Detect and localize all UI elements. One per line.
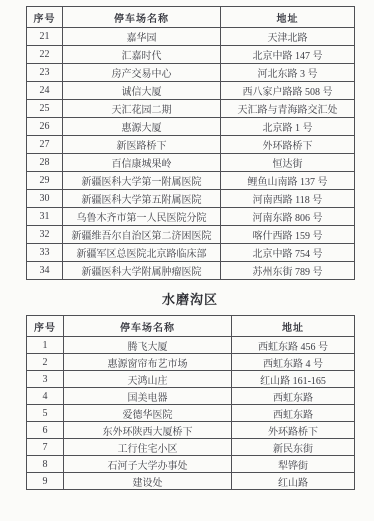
table-row: 28百信康城果岭恒达街	[27, 154, 355, 172]
table-row: 3天鸿山庄红山路 161-165	[27, 371, 355, 388]
parking-name-cell: 石河子大学办事处	[64, 456, 232, 473]
table-row: 5爱德华医院西虹东路	[27, 405, 355, 422]
address-cell: 西虹东路 4 号	[232, 354, 355, 371]
parking-name-cell: 爱德华医院	[64, 405, 232, 422]
address-cell: 外环路桥下	[232, 422, 355, 439]
column-header-number: 序号	[27, 7, 63, 28]
parking-name-cell: 新疆维吾尔自治区第二济困医院	[63, 226, 221, 244]
row-number-cell: 24	[27, 82, 63, 100]
row-number-cell: 23	[27, 64, 63, 82]
table-row: 24诚信大厦西八家户路路 508 号	[27, 82, 355, 100]
address-cell: 天津北路	[221, 28, 355, 46]
table-row: 32新疆维吾尔自治区第二济困医院喀什西路 159 号	[27, 226, 355, 244]
row-number-cell: 2	[27, 354, 64, 371]
row-number-cell: 9	[27, 473, 64, 490]
address-cell: 河北东路 3 号	[221, 64, 355, 82]
parking-name-cell: 国美电器	[64, 388, 232, 405]
address-cell: 北京中路 147 号	[221, 46, 355, 64]
table-row: 29新疆医科大学第一附属医院鲤鱼山南路 137 号	[27, 172, 355, 190]
table-row: 27新医路桥下外环路桥下	[27, 136, 355, 154]
row-number-cell: 8	[27, 456, 64, 473]
table-row: 7工行住宅小区新民东街	[27, 439, 355, 456]
table-row: 2惠源窗帘布艺市场西虹东路 4 号	[27, 354, 355, 371]
row-number-cell: 21	[27, 28, 63, 46]
address-cell: 河南西路 118 号	[221, 190, 355, 208]
row-number-cell: 33	[27, 244, 63, 262]
row-number-cell: 34	[27, 262, 63, 280]
address-cell: 西虹东路	[232, 388, 355, 405]
row-number-cell: 6	[27, 422, 64, 439]
column-header-number: 序号	[27, 316, 64, 337]
header-row: 序号 停车场名称 地址	[27, 316, 355, 337]
parking-name-cell: 房产交易中心	[63, 64, 221, 82]
parking-name-cell: 百信康城果岭	[63, 154, 221, 172]
address-cell: 恒达街	[221, 154, 355, 172]
parking-name-cell: 建设处	[64, 473, 232, 490]
row-number-cell: 7	[27, 439, 64, 456]
parking-name-cell: 乌鲁木齐市第一人民医院分院	[63, 208, 221, 226]
parking-name-cell: 诚信大厦	[63, 82, 221, 100]
row-number-cell: 5	[27, 405, 64, 422]
address-cell: 新民东街	[232, 439, 355, 456]
row-number-cell: 32	[27, 226, 63, 244]
parking-name-cell: 天汇花园二期	[63, 100, 221, 118]
table-row: 25天汇花园二期天汇路与青海路交汇处	[27, 100, 355, 118]
table-row: 33新疆军区总医院北京路临床部北京中路 754 号	[27, 244, 355, 262]
row-number-cell: 25	[27, 100, 63, 118]
column-header-address: 地址	[232, 316, 355, 337]
row-number-cell: 31	[27, 208, 63, 226]
address-cell: 天汇路与青海路交汇处	[221, 100, 355, 118]
table-body: 1腾飞大厦西虹东路 456 号2惠源窗帘布艺市场西虹东路 4 号3天鸿山庄红山路…	[27, 337, 355, 490]
table-row: 23房产交易中心河北东路 3 号	[27, 64, 355, 82]
row-number-cell: 29	[27, 172, 63, 190]
row-number-cell: 1	[27, 337, 64, 354]
address-cell: 北京中路 754 号	[221, 244, 355, 262]
row-number-cell: 26	[27, 118, 63, 136]
table-row: 8石河子大学办事处犁铧街	[27, 456, 355, 473]
row-number-cell: 22	[27, 46, 63, 64]
table-row: 26惠源大厦北京路 1 号	[27, 118, 355, 136]
parking-name-cell: 东外环陕西大厦桥下	[64, 422, 232, 439]
table-row: 34新疆医科大学附属肿瘤医院苏州东街 789 号	[27, 262, 355, 280]
parking-name-cell: 汇嘉时代	[63, 46, 221, 64]
address-cell: 红山路 161-165	[232, 371, 355, 388]
row-number-cell: 27	[27, 136, 63, 154]
parking-name-cell: 惠源大厦	[63, 118, 221, 136]
parking-name-cell: 天鸿山庄	[64, 371, 232, 388]
table-header: 序号 停车场名称 地址	[27, 7, 355, 28]
parking-table-section1: 序号 停车场名称 地址 21嘉华园天津北路22汇嘉时代北京中路 147 号23房…	[26, 6, 355, 280]
address-cell: 西虹东路 456 号	[232, 337, 355, 354]
table-row: 21嘉华园天津北路	[27, 28, 355, 46]
address-cell: 苏州东街 789 号	[221, 262, 355, 280]
parking-name-cell: 惠源窗帘布艺市场	[64, 354, 232, 371]
address-cell: 北京路 1 号	[221, 118, 355, 136]
column-header-address: 地址	[221, 7, 355, 28]
section-title-shuimogou-district: 水磨沟区	[26, 289, 354, 308]
address-cell: 西虹东路	[232, 405, 355, 422]
address-cell: 河南东路 806 号	[221, 208, 355, 226]
parking-name-cell: 新疆医科大学附属肿瘤医院	[63, 262, 221, 280]
parking-name-cell: 工行住宅小区	[64, 439, 232, 456]
table-row: 22汇嘉时代北京中路 147 号	[27, 46, 355, 64]
parking-name-cell: 新医路桥下	[63, 136, 221, 154]
parking-name-cell: 新疆医科大学第一附属医院	[63, 172, 221, 190]
parking-name-cell: 腾飞大厦	[64, 337, 232, 354]
table-row: 6东外环陕西大厦桥下外环路桥下	[27, 422, 355, 439]
table-header: 序号 停车场名称 地址	[27, 316, 355, 337]
table-row: 31乌鲁木齐市第一人民医院分院河南东路 806 号	[27, 208, 355, 226]
table-row: 4国美电器西虹东路	[27, 388, 355, 405]
column-header-parking-name: 停车场名称	[63, 7, 221, 28]
address-cell: 犁铧街	[232, 456, 355, 473]
address-cell: 西八家户路路 508 号	[221, 82, 355, 100]
table-body: 21嘉华园天津北路22汇嘉时代北京中路 147 号23房产交易中心河北东路 3 …	[27, 28, 355, 280]
address-cell: 红山路	[232, 473, 355, 490]
parking-name-cell: 新疆军区总医院北京路临床部	[63, 244, 221, 262]
table-row: 9建设处红山路	[27, 473, 355, 490]
table-row: 30新疆医科大学第五附属医院河南西路 118 号	[27, 190, 355, 208]
parking-name-cell: 嘉华园	[63, 28, 221, 46]
address-cell: 喀什西路 159 号	[221, 226, 355, 244]
table-row: 1腾飞大厦西虹东路 456 号	[27, 337, 355, 354]
row-number-cell: 3	[27, 371, 64, 388]
header-row: 序号 停车场名称 地址	[27, 7, 355, 28]
address-cell: 外环路桥下	[221, 136, 355, 154]
parking-name-cell: 新疆医科大学第五附属医院	[63, 190, 221, 208]
row-number-cell: 28	[27, 154, 63, 172]
address-cell: 鲤鱼山南路 137 号	[221, 172, 355, 190]
column-header-parking-name: 停车场名称	[64, 316, 232, 337]
row-number-cell: 30	[27, 190, 63, 208]
scanned-document-page: 序号 停车场名称 地址 21嘉华园天津北路22汇嘉时代北京中路 147 号23房…	[0, 0, 374, 521]
parking-table-section2: 序号 停车场名称 地址 1腾飞大厦西虹东路 456 号2惠源窗帘布艺市场西虹东路…	[26, 315, 355, 490]
row-number-cell: 4	[27, 388, 64, 405]
